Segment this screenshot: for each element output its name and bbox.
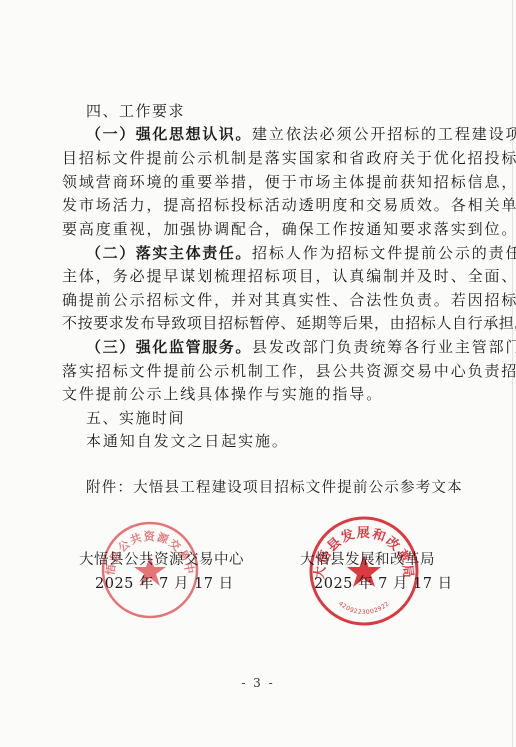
- signature-date-development-bureau: 2025 年 7 月 17 日: [314, 572, 453, 593]
- paragraph-line: 发市场活力，提高招标投标活动透明度和交易质效。各相关单位: [62, 195, 446, 215]
- signature-org-development-bureau: 大悟县发展和改革局: [300, 548, 435, 569]
- paragraph-line: 要高度重视，加强协调配合，确保工作按通知要求落实到位。: [62, 219, 446, 239]
- paragraph-line: 不按要求发布导致项目招标暂停、延期等后果，由招标人自行承担。: [62, 313, 446, 333]
- section-heading-5: 五、实施时间: [86, 408, 446, 428]
- signature-date-trading-center: 2025 年 7 月 17 日: [95, 572, 234, 593]
- official-seal-development-bureau: 大悟县发展和改革局 4209223002922: [308, 515, 420, 627]
- attachment-line: 附件：大悟县工程建设项目招标文件提前公示参考文本: [86, 476, 463, 497]
- item-3-title: （三）强化监管服务。: [86, 338, 252, 356]
- paragraph-item-2-first-line: （二）落实主体责任。招标人作为招标文件提前公示的责任: [86, 243, 446, 263]
- svg-text:4209223002922: 4209223002922: [337, 600, 391, 616]
- section-heading-4: 四、工作要求: [86, 101, 446, 121]
- paragraph-line: 主体，务必提早谋划梳理招标项目，认真编制并及时、全面、准: [62, 266, 446, 286]
- item-1-title: （一）强化思想认识。: [86, 125, 252, 143]
- official-seal-trading-center: 大悟县公共资源交易中心: [100, 520, 200, 620]
- section-5-body: 本通知自发文之日起实施。: [86, 431, 446, 451]
- paragraph-line: 文件提前公示上线具体操作与实施的指导。: [62, 384, 446, 404]
- paragraph-item-1-first-line: （一）强化思想认识。建立依法必须公开招标的工程建设项: [86, 124, 446, 144]
- paragraph-line: 落实招标文件提前公示机制工作，县公共资源交易中心负责招标: [62, 361, 446, 381]
- item-2-title: （二）落实主体责任。: [86, 244, 252, 262]
- paragraph-item-3-first-line: （三）强化监管服务。县发改部门负责统筹各行业主管部门: [86, 337, 446, 357]
- paragraph-line: 领域营商环境的重要举措，便于市场主体提前获知招标信息，激: [62, 172, 446, 192]
- paragraph-line: 目招标文件提前公示机制是落实国家和省政府关于优化招投标: [62, 148, 446, 168]
- page-number: - 3 -: [0, 676, 516, 690]
- paragraph-line: 确提前公示招标文件，并对其真实性、合法性负责。若因招标人: [62, 290, 446, 310]
- signature-org-trading-center: 大悟县公共资源交易中心: [79, 548, 244, 569]
- seal-code: 4209223002922: [337, 600, 391, 616]
